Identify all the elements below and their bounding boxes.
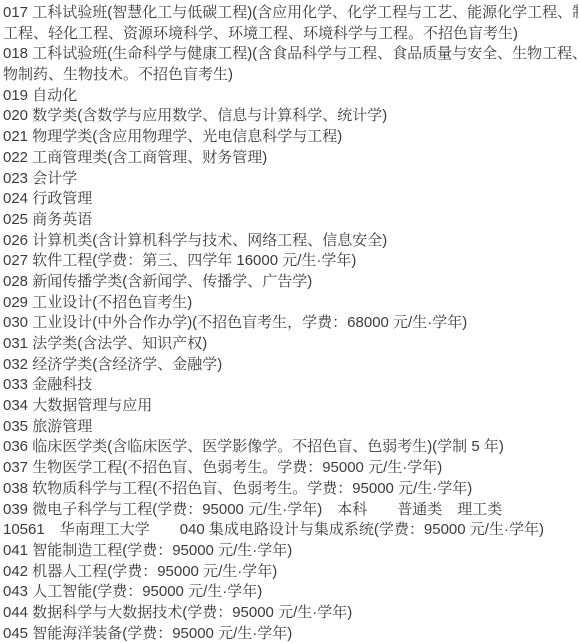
text-line: 017 工科试验班(智慧化工与低碳工程)(含应用化学、化学工程与工艺、能源化学工… xyxy=(3,3,578,24)
text-line: 037 生物医学工程(不招色盲、色弱考生。学费：95000 元/生·学年) xyxy=(3,458,578,479)
text-line: 10561 华南理工大学 040 集成电路设计与集成系统(学费：95000 元/… xyxy=(3,520,578,541)
text-line: 033 金融科技 xyxy=(3,375,578,396)
text-line: 028 新闻传播学类(含新闻学、传播学、广告学) xyxy=(3,272,578,293)
text-line: 035 旅游管理 xyxy=(3,417,578,438)
text-line: 026 计算机类(含计算机科学与技术、网络工程、信息安全) xyxy=(3,231,578,252)
text-line: 032 经济学类(含经济学、金融学) xyxy=(3,355,578,376)
text-line: 043 人工智能(学费：95000 元/生·学年) xyxy=(3,582,578,603)
text-line: 039 微电子科学与工程(学费：95000 元/生·学年) 本科 普通类 理工类 xyxy=(3,500,578,521)
text-line: 022 工商管理类(含工商管理、财务管理) xyxy=(3,148,578,169)
text-line: 物制药、生物技术。不招色盲考生) xyxy=(3,65,578,86)
program-list: 017 工科试验班(智慧化工与低碳工程)(含应用化学、化学工程与工艺、能源化学工… xyxy=(3,3,578,643)
text-line: 031 法学类(含法学、知识产权) xyxy=(3,334,578,355)
text-line: 021 物理学类(含应用物理学、光电信息科学与工程) xyxy=(3,127,578,148)
text-line: 044 数据科学与大数据技术(学费：95000 元/生·学年) xyxy=(3,603,578,624)
text-line: 023 会计学 xyxy=(3,169,578,190)
text-line: 041 智能制造工程(学费：95000 元/生·学年) xyxy=(3,541,578,562)
text-line: 024 行政管理 xyxy=(3,189,578,210)
text-line: 030 工业设计(中外合作办学)(不招色盲考生，学费：68000 元/生·学年) xyxy=(3,313,578,334)
text-line: 工程、轻化工程、资源环境科学、环境工程、环境科学与工程。不招色盲考生) xyxy=(3,24,578,45)
text-line: 025 商务英语 xyxy=(3,210,578,231)
program-list-document: 017 工科试验班(智慧化工与低碳工程)(含应用化学、化学工程与工艺、能源化学工… xyxy=(0,0,579,643)
text-line: 027 软件工程(学费：第三、四学年 16000 元/生·学年) xyxy=(3,251,578,272)
text-line: 045 智能海洋装备(学费：95000 元/生·学年) xyxy=(3,624,578,643)
text-line: 034 大数据管理与应用 xyxy=(3,396,578,417)
text-line: 018 工科试验班(生命科学与健康工程)(含食品科学与工程、食品质量与安全、生物… xyxy=(3,44,578,65)
text-line: 029 工业设计(不招色盲考生) xyxy=(3,293,578,314)
text-line: 042 机器人工程(学费：95000 元/生·学年) xyxy=(3,562,578,583)
text-line: 020 数学类(含数学与应用数学、信息与计算科学、统计学) xyxy=(3,106,578,127)
text-line: 019 自动化 xyxy=(3,86,578,107)
text-line: 036 临床医学类(含临床医学、医学影像学。不招色盲、色弱考生)(学制 5 年) xyxy=(3,437,578,458)
text-line: 038 软物质科学与工程(不招色盲、色弱考生。学费：95000 元/生·学年) xyxy=(3,479,578,500)
